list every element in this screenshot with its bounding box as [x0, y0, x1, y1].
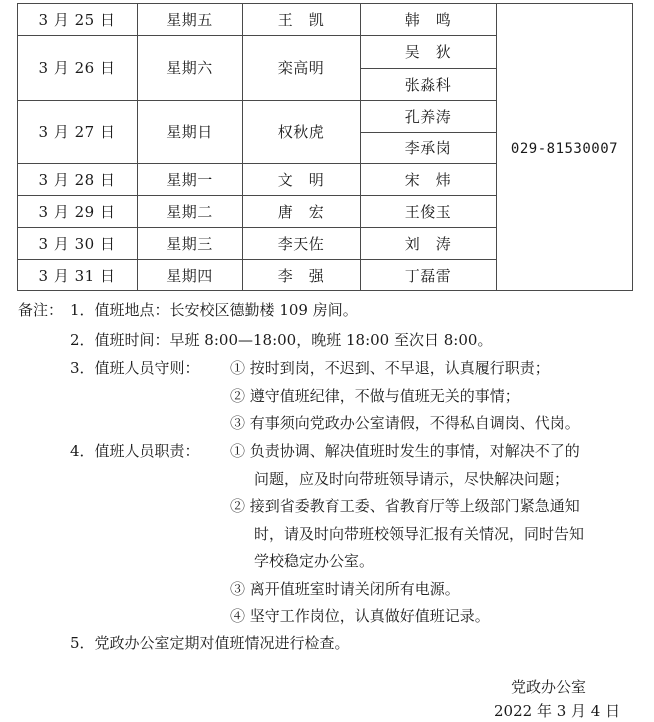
weekday-cell: 星期二: [137, 195, 242, 227]
weekday-cell: 星期四: [137, 259, 242, 291]
staff-cell: 丁磊雷: [360, 259, 496, 291]
duty-2: ② 接到省委教育工委、省教育厅等上级部门紧急通知: [230, 495, 580, 516]
staff-cell: 张淼科: [360, 68, 496, 100]
date-cell: 3 月 28 日: [17, 163, 137, 195]
date-cell: 3 月 27 日: [17, 100, 137, 163]
rule-2: ② 遵守值班纪律，不做与值班无关的事情；: [230, 385, 520, 406]
leader-cell: 王 凯: [242, 3, 360, 35]
notes-prefix: 备注：: [18, 299, 63, 320]
staff-cell: 王俊玉: [360, 195, 496, 227]
rule-3: ③ 有事须向党政办公室请假，不得私自调岗、代岗。: [230, 412, 580, 433]
duty-2-cont2: 学校稳定办公室。: [254, 550, 374, 571]
note-item-1: 1．值班地点：长安校区德勤楼 109 房间。: [70, 299, 358, 320]
rule-1: ① 按时到岗，不迟到、不早退，认真履行职责；: [230, 357, 550, 378]
leader-cell: 李天佐: [242, 227, 360, 259]
date-cell: 3 月 30 日: [17, 227, 137, 259]
leader-cell: 文 明: [242, 163, 360, 195]
weekday-cell: 星期六: [137, 35, 242, 100]
leader-cell: 栾高明: [242, 35, 360, 100]
leader-cell: 唐 宏: [242, 195, 360, 227]
weekday-cell: 星期三: [137, 227, 242, 259]
date-cell: 3 月 31 日: [17, 259, 137, 291]
phone-cell: 029-81530007: [496, 3, 633, 291]
staff-cell: 宋 炜: [360, 163, 496, 195]
staff-cell: 韩 鸣: [360, 3, 496, 35]
date-cell: 3 月 29 日: [17, 195, 137, 227]
note-item-5: 5．党政办公室定期对值班情况进行检查。: [70, 632, 350, 653]
duty-3: ③ 离开值班室时请关闭所有电源。: [230, 578, 460, 599]
staff-cell: 刘 涛: [360, 227, 496, 259]
date-cell: 3 月 25 日: [17, 3, 137, 35]
staff-cell: 孔养涛: [360, 100, 496, 132]
weekday-cell: 星期五: [137, 3, 242, 35]
weekday-cell: 星期一: [137, 163, 242, 195]
note-item-3-label: 3．值班人员守则：: [70, 357, 200, 378]
signature-office: 党政办公室: [511, 676, 586, 697]
staff-cell: 李承岗: [360, 132, 496, 163]
weekday-cell: 星期日: [137, 100, 242, 163]
duty-1: ① 负责协调、解决值班时发生的事情，对解决不了的: [230, 440, 580, 461]
note-item-4-label: 4．值班人员职责：: [70, 440, 200, 461]
date-cell: 3 月 26 日: [17, 35, 137, 100]
leader-cell: 李 强: [242, 259, 360, 291]
leader-cell: 权秋虎: [242, 100, 360, 163]
staff-cell: 吴 狄: [360, 35, 496, 68]
duty-1-cont: 问题，应及时向带班领导请示，尽快解决问题；: [254, 468, 569, 489]
signature-date: 2022 年 3 月 4 日: [494, 700, 620, 721]
duty-2-cont: 时，请及时向带班校领导汇报有关情况，同时告知: [254, 523, 584, 544]
duty-4: ④ 坚守工作岗位，认真做好值班记录。: [230, 605, 490, 626]
note-item-2: 2．值班时间：早班 8:00—18:00，晚班 18:00 至次日 8:00。: [70, 329, 492, 350]
